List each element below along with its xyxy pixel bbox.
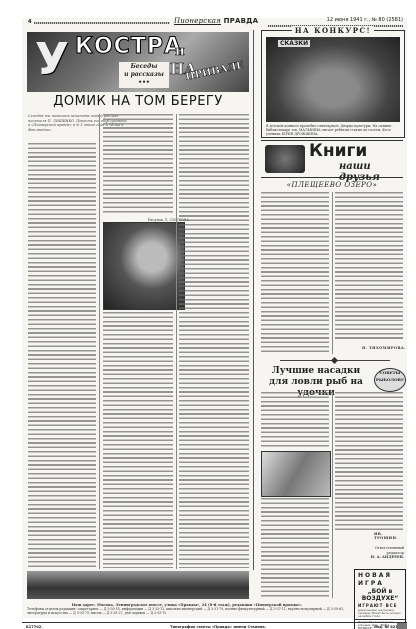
title-bold: ПРАВДА <box>224 17 259 25</box>
fishing-title-1: Лучшие насадки <box>261 366 371 377</box>
konkurs-box: НА КОНКУРС! СКАЗКИ В детской комнате вра… <box>261 30 405 138</box>
advice-badge: СОВЕТЫ РЫБОЛОВУ <box>374 368 406 392</box>
imprint-code: Б17702. <box>26 625 43 629</box>
banner-subtitle: Беседы и рассказы ••• <box>119 62 169 88</box>
ad-line-1: НОВАЯ <box>358 572 402 579</box>
photo-sign: СКАЗКИ <box>278 40 310 47</box>
editor-name: Н. А. АНДРЕЕВ. <box>358 555 404 560</box>
banner-subtitle-line2: и рассказы <box>119 71 169 79</box>
imprint-printer: Типография газеты «Правда» имени Сталина… <box>170 625 266 629</box>
imprint-line: Б17702. Типография газеты «Правда» имени… <box>22 622 407 629</box>
books-header: Книги наши друзья <box>261 140 403 178</box>
story-column-2-bottom <box>103 312 173 568</box>
story-column-1 <box>28 143 96 568</box>
konkurs-caption: В детской комнате врачебно-санитарного Д… <box>266 124 400 136</box>
story-column-3 <box>179 114 249 568</box>
column-rule <box>332 192 333 354</box>
page-number: 4 <box>28 18 31 27</box>
konkurs-title: НА КОНКУРС! <box>262 26 404 35</box>
story-column-2-top <box>103 114 173 214</box>
books-title: Книги <box>309 141 367 161</box>
banner-kostra: КОСТРА <box>75 34 182 59</box>
banner-i: и <box>175 44 185 59</box>
newspaper-title: Пионерская ПРАВДА <box>174 17 258 26</box>
banner-letter-u: У <box>35 34 69 85</box>
fishing-author: ИВ. ТРОШИН. <box>374 532 407 540</box>
review-author: Н. ТИХОМИРОВА. <box>362 346 406 350</box>
column-rule <box>176 114 177 569</box>
reading-kids-illustration <box>265 145 305 173</box>
imprint-order: Изд. № 623. <box>374 625 399 629</box>
review-column-1 <box>261 192 329 354</box>
konkurs-photo: СКАЗКИ <box>266 37 400 122</box>
corner-block <box>397 623 407 629</box>
story-headline: ДОМИК НА ТОМ БЕРЕГУ <box>27 94 249 109</box>
ad-line-2: ИГРА <box>358 580 402 587</box>
books-subtitle: наши друзья <box>339 161 403 183</box>
footer-contacts: Наш адрес: Москва, Ленинградское шоссе, … <box>27 603 347 615</box>
footer-phones: Телефоны отделов редакции: секретариат —… <box>27 607 347 615</box>
newspaper-page: 4 Пионерская ПРАВДА 12 июня 1941 г., № 8… <box>22 18 407 618</box>
column-rule <box>99 114 100 569</box>
issue-date: 12 июня 1941 г., № 80 (2581) <box>327 16 403 25</box>
column-divider <box>253 30 254 570</box>
review-column-2 <box>335 192 403 340</box>
forest-illustration <box>27 571 249 599</box>
fishing-illustration <box>261 451 331 497</box>
banner-subtitle-line1: Беседы <box>119 63 169 71</box>
title-script: Пионерская <box>174 17 221 25</box>
editor-credit: Ответственный редактор Н. А. АНДРЕЕВ. <box>358 546 404 560</box>
game-advertisement: НОВАЯ ИГРА „БОЙ в ВОЗДУХЕ“ ИГРАЮТ ВСЕ до… <box>354 569 406 629</box>
fishing-column-2 <box>335 392 403 530</box>
story-illustration <box>103 222 185 310</box>
fishing-column-1-bottom <box>261 498 329 598</box>
section-banner: У КОСТРА и НА ПРИВАЛЕ Беседы и рассказы … <box>27 32 249 92</box>
masthead-rule-left <box>34 22 170 24</box>
konkurs-title-text: НА КОНКУРС! <box>292 26 374 35</box>
section-divider <box>280 360 390 361</box>
banner-dots: ••• <box>119 79 169 87</box>
ad-line-3: „БОЙ в ВОЗДУХЕ“ <box>357 588 403 602</box>
book-review-title: «ПЛЕЩЕЕВО ОЗЕРО» <box>261 181 403 189</box>
ad-line-4: ИГРАЮТ ВСЕ <box>358 603 402 608</box>
column-rule <box>332 392 333 598</box>
fishing-column-1-top <box>261 392 329 448</box>
editor-label: Ответственный редактор <box>358 546 404 555</box>
ad-line-5: дошкольники, школьники, пионеры. Может б… <box>358 609 402 618</box>
